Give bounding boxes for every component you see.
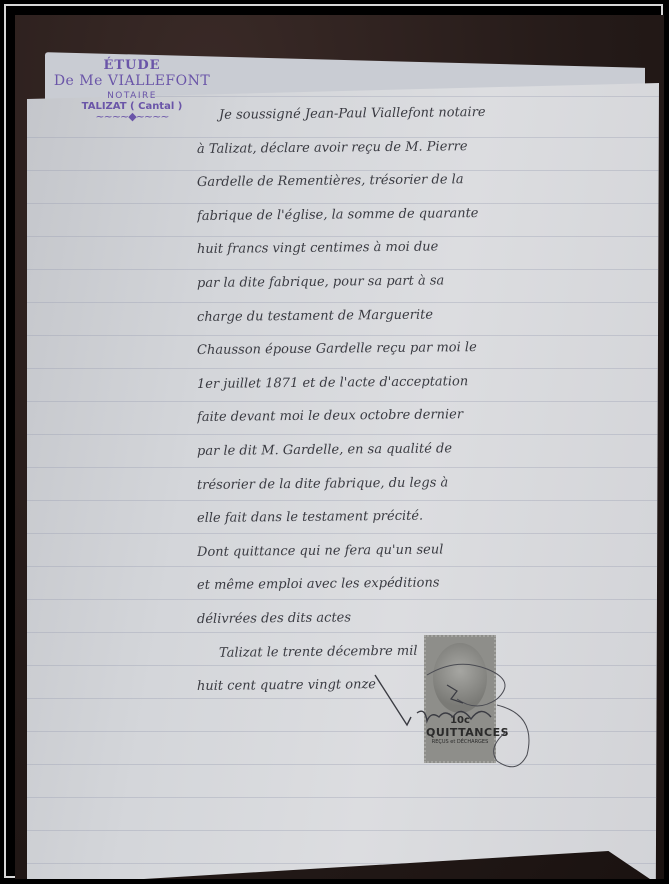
stamp-notary-name: De Me VIALLEFONT (39, 73, 225, 89)
body-line: fabrique de l'église, la somme de quaran… (197, 195, 647, 233)
body-line: à Talizat, déclare avoir reçu de M. Pier… (197, 128, 647, 166)
body-line: faite devant moi le deux octobre dernier (197, 397, 647, 435)
stamp-etude: ÉTUDE (39, 59, 225, 73)
body-line: elle fait dans le testament précité. (197, 497, 647, 535)
body-line: par le dit M. Gardelle, en sa qualité de (197, 430, 647, 468)
handwritten-body: Je soussigné Jean-Paul Viallefont notair… (197, 99, 647, 704)
body-line: charge du testament de Marguerite (197, 296, 647, 334)
body-line: trésorier de la dite fabrique, du legs à (197, 464, 647, 502)
body-line: 1er juillet 1871 et de l'acte d'acceptat… (197, 363, 647, 401)
photo-background: ÉTUDE De Me VIALLEFONT NOTAIRE TALIZAT (… (15, 15, 664, 879)
body-line: Je soussigné Jean-Paul Viallefont notair… (197, 94, 647, 132)
body-line: Gardelle de Rementières, trésorier de la (197, 161, 647, 199)
body-line: huit francs vingt centimes à moi due (197, 229, 647, 267)
body-line: et même emploi avec les expéditions (197, 565, 647, 603)
image-frame: ÉTUDE De Me VIALLEFONT NOTAIRE TALIZAT (… (4, 4, 663, 878)
body-line: délivrées des dits actes (197, 598, 647, 636)
body-line: Dont quittance qui ne fera qu'un seul (197, 531, 647, 569)
body-line: par la dite fabrique, pour sa part à sa (197, 262, 647, 300)
signature-icon (367, 655, 547, 775)
body-line: Chausson épouse Gardelle reçu par moi le (197, 329, 647, 367)
